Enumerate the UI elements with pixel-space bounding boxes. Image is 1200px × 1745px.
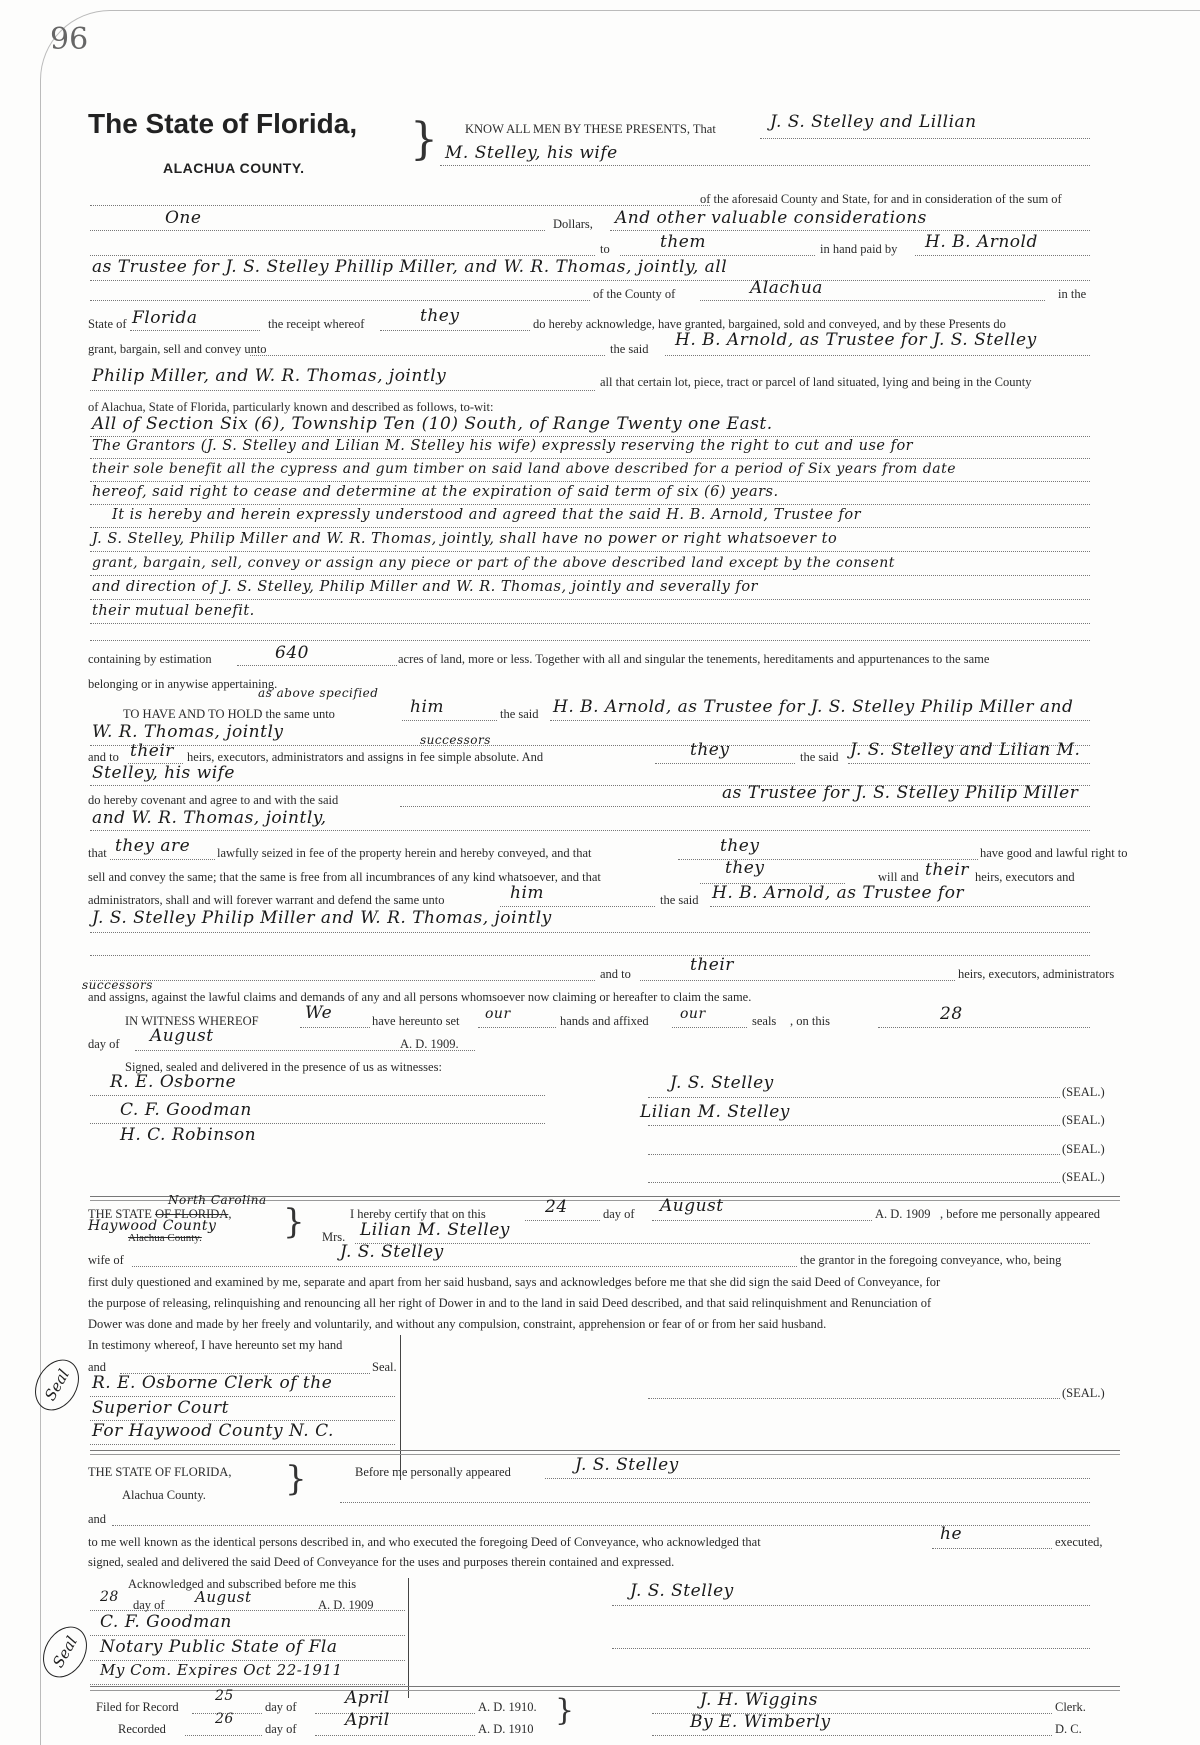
description-line: The Grantors (J. S. Stelley and Lilian M… xyxy=(92,438,913,454)
fill-line xyxy=(315,1713,475,1714)
seal-stamp-text: Seal xyxy=(41,1366,73,1403)
fill-line xyxy=(655,763,795,764)
fill-line xyxy=(90,980,595,981)
description-line: J. S. Stelley, Philip Miller and W. R. T… xyxy=(92,531,837,547)
the-said-label: the said xyxy=(660,893,699,908)
fill-line xyxy=(610,230,1090,231)
signature-line xyxy=(652,1735,1052,1736)
seal-label: (SEAL.) xyxy=(1062,1170,1105,1185)
witness-name: R. E. Osborne xyxy=(110,1072,236,1092)
ack-signature: J. S. Stelley xyxy=(630,1581,734,1601)
filed-day: 25 xyxy=(215,1688,234,1704)
deputy-label: D. C. xyxy=(1055,1722,1082,1737)
fill-line xyxy=(300,1027,370,1028)
fill-line xyxy=(90,830,1090,831)
description-line: It is hereby and herein expressly unders… xyxy=(112,507,861,523)
fill-line xyxy=(90,1684,405,1685)
hands-text: hands and affixed xyxy=(560,1014,649,1029)
ack-who: he xyxy=(940,1524,962,1544)
dower-para: Dower was done and made by her freely an… xyxy=(88,1317,826,1332)
successors-note: successors xyxy=(420,733,491,747)
recorded-label: Recorded xyxy=(118,1722,166,1737)
signature-line xyxy=(648,1097,1060,1098)
bracket-line xyxy=(400,1335,401,1480)
county-of-label: of the County of xyxy=(593,287,675,302)
fill-line xyxy=(90,1635,405,1636)
fill-line xyxy=(90,599,1090,600)
receipt-label: the receipt whereof xyxy=(268,317,364,332)
paid-by-label: in hand paid by xyxy=(820,242,897,257)
officer-line: For Haywood County N. C. xyxy=(92,1421,334,1441)
signature-line xyxy=(612,1648,1090,1649)
in-the-label: in the xyxy=(1058,287,1086,302)
grantor-signature: Lilian M. Stelley xyxy=(640,1102,790,1122)
fill-line xyxy=(652,1220,872,1221)
fill-line xyxy=(400,806,1090,807)
assigns-text: and assigns, against the lawful claims a… xyxy=(88,990,751,1005)
all-that-text: all that certain lot, piece, tract or pa… xyxy=(600,375,1031,390)
dower-ad: A. D. 1909 xyxy=(875,1207,931,1222)
convey-label: grant, bargain, sell and convey unto xyxy=(88,342,267,357)
wife-of-label: wife of xyxy=(88,1253,124,1268)
and-to-label2: and to xyxy=(600,967,631,982)
fill-line xyxy=(90,481,1090,482)
fill-line xyxy=(700,300,1045,301)
the-said-label: the said xyxy=(800,750,839,765)
admin-said-line1: H. B. Arnold, as Trustee for xyxy=(712,883,964,903)
state-title: The State of Florida, xyxy=(88,108,357,140)
receipt-who: they xyxy=(420,306,459,326)
filing-brace: } xyxy=(555,1696,574,1726)
heirs-text: heirs, executors, administrators and ass… xyxy=(187,750,543,765)
seal-text: Seal. xyxy=(372,1360,397,1375)
covenant-line1: as Trustee for J. S. Stelley Philip Mill… xyxy=(722,783,1078,803)
fill-line xyxy=(500,906,655,907)
fill-line xyxy=(90,955,1090,956)
covenant-label: do hereby covenant and agree to and with… xyxy=(88,793,338,808)
fill-line xyxy=(550,720,1090,721)
ack-state-label: THE STATE OF FLORIDA, xyxy=(88,1465,231,1480)
day-of-label: day of xyxy=(88,1037,120,1052)
officer-line: R. E. Osborne Clerk of the xyxy=(92,1373,332,1393)
habendum-unto: him xyxy=(410,697,444,717)
fill-line xyxy=(90,527,1090,528)
fill-line xyxy=(90,1095,545,1096)
section-divider xyxy=(90,1686,1120,1691)
state-of-value: Florida xyxy=(132,308,198,328)
dollars-label: Dollars, xyxy=(553,217,593,232)
fill-line xyxy=(355,1243,1090,1244)
fill-line xyxy=(315,1735,475,1736)
that-label: that xyxy=(88,846,107,861)
fill-line xyxy=(90,255,595,256)
admin-text: administrators, shall and will forever w… xyxy=(88,893,444,908)
heirs-exec-admin-text: heirs, executors, administrators xyxy=(958,967,1114,982)
husband-name: J. S. Stelley xyxy=(340,1242,444,1262)
acreage-label: containing by estimation xyxy=(88,652,212,667)
day-of-label: day of xyxy=(265,1722,297,1737)
of-alachua-text: of Alachua, State of Florida, particular… xyxy=(88,400,493,415)
acreage-text2: belonging or in anywise appertaining. xyxy=(88,677,277,692)
grantors-said-line1: J. S. Stelley and Lilian M. xyxy=(850,740,1080,760)
seals-text: seals xyxy=(752,1014,776,1029)
bracket-line xyxy=(408,1578,409,1698)
ack-ad: A. D. 1909 xyxy=(318,1598,374,1613)
fill-line xyxy=(185,1735,262,1736)
and-label: and xyxy=(88,1512,106,1527)
ack-county-label: Alachua County. xyxy=(122,1488,206,1503)
fill-line xyxy=(90,551,1090,552)
recorded-day: 26 xyxy=(215,1711,234,1727)
header-brace: } xyxy=(410,118,438,162)
dower-day: 24 xyxy=(545,1197,568,1217)
dower-para: first duly questioned and examined by me… xyxy=(88,1275,940,1290)
fill-line xyxy=(545,1478,1090,1479)
ack-month: August xyxy=(195,1588,251,1606)
habendum-label: TO HAVE AND TO HOLD the same unto xyxy=(123,707,335,722)
recorded-ad: A. D. 1910 xyxy=(478,1722,534,1737)
the-said-label: the said xyxy=(500,707,539,722)
will-and-value: their xyxy=(925,860,969,880)
mrs-name: Lilian M. Stelley xyxy=(360,1220,510,1240)
county-of-value: Alachua xyxy=(750,278,823,298)
fill-line xyxy=(90,1396,395,1397)
filed-label: Filed for Record xyxy=(96,1700,179,1715)
witness-name: H. C. Robinson xyxy=(120,1125,256,1145)
good-right-text: have good and lawful right to xyxy=(980,846,1128,861)
fill-line xyxy=(478,1027,556,1028)
witness-our2: our xyxy=(680,1006,706,1022)
grantors-line1: J. S. Stelley and Lillian xyxy=(770,112,977,132)
witness-name: C. F. Goodman xyxy=(120,1100,252,1120)
intro-text: KNOW ALL MEN BY THESE PRESENTS, That xyxy=(465,122,716,137)
day-of-label: day of xyxy=(133,1598,165,1613)
state-insert: North Carolina xyxy=(168,1193,267,1207)
fill-line xyxy=(340,1502,1090,1503)
fill-line xyxy=(90,1123,545,1124)
signature-line xyxy=(648,1154,1060,1155)
fill-line xyxy=(878,1027,1090,1028)
dower-month: August xyxy=(660,1196,724,1216)
covenant-line2: and W. R. Thomas, jointly, xyxy=(92,808,327,828)
fill-line xyxy=(848,763,1090,764)
before-me-text: , before me personally appeared xyxy=(940,1207,1100,1222)
habendum-grantee-line1: H. B. Arnold, as Trustee for J. S. Stell… xyxy=(553,697,1073,717)
heirs-exec-text: heirs, executors and xyxy=(975,870,1075,885)
fill-line xyxy=(90,932,1090,933)
fill-line xyxy=(90,640,1090,641)
fill-line xyxy=(380,330,530,331)
fill-line xyxy=(110,859,215,860)
on-this-text: , on this xyxy=(790,1014,830,1029)
fill-line xyxy=(440,165,1090,166)
clerk-label: Clerk. xyxy=(1055,1700,1086,1715)
acreage-text: acres of land, more or less. Together wi… xyxy=(398,652,989,667)
grantor-text: the grantor in the foregoing conveyance,… xyxy=(800,1253,1061,1268)
fill-line xyxy=(672,1027,747,1028)
sig-seal-label: (SEAL.) xyxy=(1062,1386,1105,1401)
fill-line xyxy=(90,575,1090,576)
witness-ad: A. D. 1909. xyxy=(400,1037,459,1052)
fill-line xyxy=(932,1548,1052,1549)
fill-line xyxy=(130,330,260,331)
aforesaid-text: of the aforesaid County and State, for a… xyxy=(700,192,1062,207)
seized-text: lawfully seized in fee of the property h… xyxy=(217,846,592,861)
fill-line xyxy=(90,390,595,391)
signature-line xyxy=(648,1125,1060,1126)
page-number: 96 xyxy=(50,22,88,57)
fill-line xyxy=(90,458,1090,459)
fill-line xyxy=(90,205,710,206)
and-to-value: their xyxy=(130,741,174,761)
filed-ad: A. D. 1910. xyxy=(478,1700,537,1715)
struck-county: Alachua County. xyxy=(128,1232,202,1244)
fill-line xyxy=(90,280,1090,281)
ack-brace: } xyxy=(285,1462,307,1496)
state-of-label: State of xyxy=(88,317,127,332)
fill-line xyxy=(760,138,1090,139)
grantor-signature: J. S. Stelley xyxy=(670,1073,774,1093)
recorded-month: April xyxy=(345,1710,390,1730)
admin-unto: him xyxy=(510,883,544,903)
day-of-label: day of xyxy=(265,1700,297,1715)
description-line: grant, bargain, sell, convey or assign a… xyxy=(92,555,895,571)
ack-text1: to me well known as the identical person… xyxy=(88,1535,761,1550)
fill-line xyxy=(402,720,497,721)
other-consideration: And other valuable considerations xyxy=(615,208,927,228)
seal-label: (SEAL.) xyxy=(1062,1113,1105,1128)
witness-who: We xyxy=(305,1003,332,1023)
grantors-line2: M. Stelley, his wife xyxy=(445,143,618,163)
filed-month: April xyxy=(345,1688,390,1708)
seized-who: they xyxy=(720,836,759,856)
notary-line: C. F. Goodman xyxy=(100,1612,232,1632)
witness-our1: our xyxy=(485,1006,511,1022)
ack-day: 28 xyxy=(100,1589,119,1605)
officer-line: Superior Court xyxy=(92,1398,229,1418)
seal-label: (SEAL.) xyxy=(1062,1085,1105,1100)
acreage-value: 640 xyxy=(275,643,309,663)
testimony-text: In testimony whereof, I have hereunto se… xyxy=(88,1338,342,1353)
signature-line xyxy=(648,1182,1060,1183)
grantee-line1: H. B. Arnold xyxy=(925,232,1038,252)
ack-text2: signed, sealed and delivered the said De… xyxy=(88,1555,674,1570)
description-line: their sole benefit all the cypress and g… xyxy=(92,461,956,477)
deed-page: 96 The State of Florida, ALACHUA COUNTY.… xyxy=(0,0,1200,1745)
description-line: All of Section Six (6), Township Ten (10… xyxy=(92,414,773,434)
clerk-name: J. H. Wiggins xyxy=(700,1690,818,1710)
fill-line xyxy=(90,623,1090,624)
fill-line xyxy=(132,1266,797,1267)
seal-label: (SEAL.) xyxy=(1062,1142,1105,1157)
executed-label: executed, xyxy=(1055,1535,1103,1550)
to-label: to xyxy=(600,242,610,257)
notary-line: Notary Public State of Fla xyxy=(100,1637,338,1657)
day-of-label: day of xyxy=(603,1207,635,1222)
sell-who: they xyxy=(725,858,764,878)
appeared-name: J. S. Stelley xyxy=(575,1455,679,1475)
fill-line xyxy=(620,255,815,256)
to-whom: them xyxy=(660,232,706,252)
fill-line xyxy=(710,906,1090,907)
description-line: their mutual benefit. xyxy=(92,603,255,619)
fill-line xyxy=(90,504,1090,505)
the-said-label: the said xyxy=(610,342,649,357)
county-title: ALACHUA COUNTY. xyxy=(163,160,305,176)
fill-line xyxy=(90,1444,395,1445)
fill-line xyxy=(665,355,1090,356)
and-to-value2: their xyxy=(690,955,734,975)
description-line: hereof, said right to cease and determin… xyxy=(92,484,779,500)
fill-line xyxy=(525,1220,600,1221)
fill-line xyxy=(915,255,1090,256)
fill-line xyxy=(90,230,545,231)
fill-line xyxy=(90,436,1090,437)
that-value: they are xyxy=(115,836,190,856)
fill-line xyxy=(237,665,397,666)
grantee-line2: as Trustee for J. S. Stelley Phillip Mil… xyxy=(92,257,727,277)
deputy-name: By E. Wimberly xyxy=(690,1712,831,1732)
insert-note: as above specified xyxy=(258,686,378,700)
habendum-grantee-line2: W. R. Thomas, jointly xyxy=(92,722,284,742)
admin-said-line2: J. S. Stelley Philip Miller and W. R. Th… xyxy=(92,908,552,928)
fill-line xyxy=(90,300,590,301)
signature-line xyxy=(612,1605,1090,1606)
witness-day: 28 xyxy=(940,1004,963,1024)
and-who: they xyxy=(690,740,729,760)
grantee-said-line1: H. B. Arnold, as Trustee for J. S. Stell… xyxy=(675,330,1037,350)
fill-line xyxy=(250,355,605,356)
signature-line xyxy=(648,1398,1060,1399)
dower-brace: } xyxy=(283,1205,305,1239)
have-set-text: have hereunto set xyxy=(372,1014,459,1029)
fill-line xyxy=(640,980,955,981)
witness-month: August xyxy=(150,1026,214,1046)
appeared-label: Before me personally appeared xyxy=(355,1465,511,1480)
notary-line: My Com. Expires Oct 22-1911 xyxy=(100,1661,343,1679)
grantee-said-line2: Philip Miller, and W. R. Thomas, jointly xyxy=(92,366,446,386)
grantors-said-line2: Stelley, his wife xyxy=(92,763,235,783)
seal-stamp-text: Seal xyxy=(49,1633,81,1670)
description-line: and direction of J. S. Stelley, Philip M… xyxy=(92,579,758,595)
dower-para: the purpose of releasing, relinquishing … xyxy=(88,1296,931,1311)
amount: One xyxy=(165,208,201,228)
